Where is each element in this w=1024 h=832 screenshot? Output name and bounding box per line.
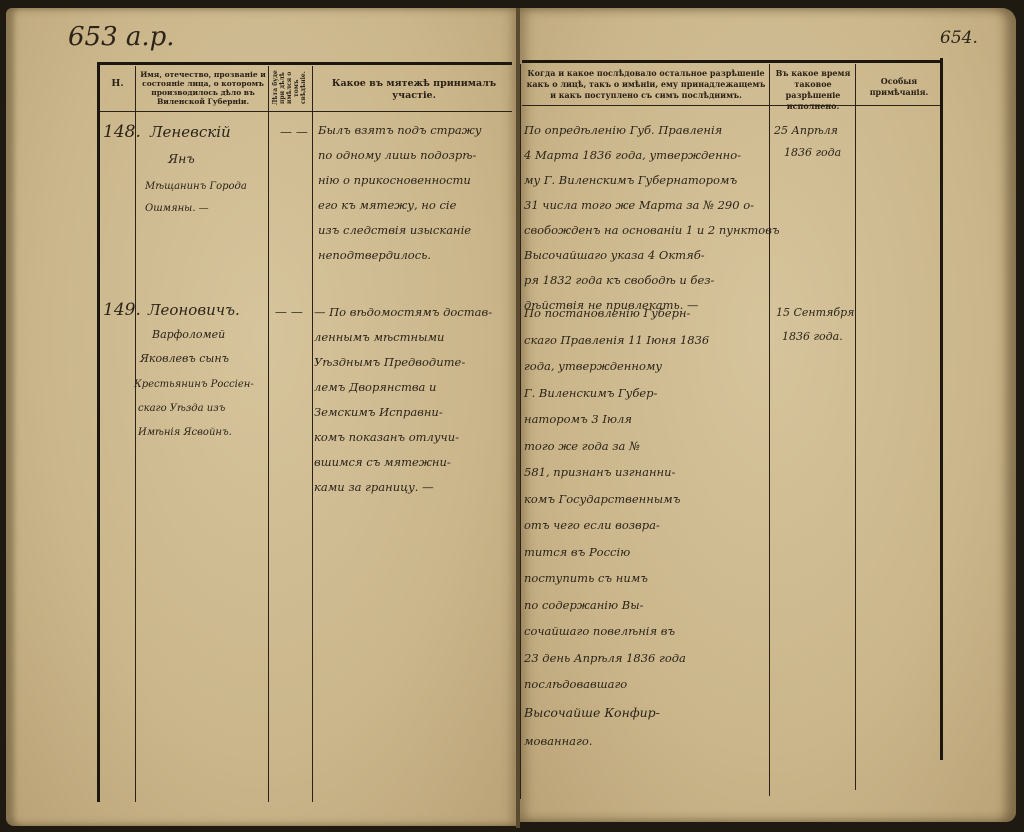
text-line: му Г. Виленскимъ Губернаторомъ xyxy=(524,168,780,193)
col-divider xyxy=(268,66,269,802)
col-divider xyxy=(312,66,313,802)
text-line: мованнаго. xyxy=(524,728,709,755)
header-person: Имя, отечество, прозваніе и состояніе ли… xyxy=(140,70,266,106)
entry-number: 149. xyxy=(103,298,141,323)
text-line: вшимся съ мятежни- xyxy=(314,450,492,475)
col-divider xyxy=(520,64,521,799)
resolution-text: По опредѣленію Губ. Правленія 4 Марта 18… xyxy=(524,118,780,318)
right-table-top-rule xyxy=(522,60,942,63)
text-line: сочайшаго повелѣнія въ xyxy=(524,618,709,645)
person-line: Леневскій xyxy=(150,120,231,145)
years-value: — — xyxy=(280,120,308,145)
right-page-number: 654. xyxy=(940,28,978,48)
text-line: Высочайше Конфир- xyxy=(524,698,709,728)
text-line: 581, признанъ изгнанни- xyxy=(524,459,709,486)
text-line: 23 день Апрѣля 1836 года xyxy=(524,645,709,672)
col-divider xyxy=(135,66,136,802)
text-line: по содержанію Вы- xyxy=(524,592,709,619)
right-header-bottom-rule xyxy=(522,105,940,106)
text-line: по одному лишь подозрѣ- xyxy=(318,143,482,168)
text-line: послѣдовавшаго xyxy=(524,671,709,698)
text-line: комъ показанъ отлучи- xyxy=(314,425,492,450)
text-line: По опредѣленію Губ. Правленія xyxy=(524,118,780,143)
text-line: комъ Государственнымъ xyxy=(524,486,709,513)
years-value: — — xyxy=(275,300,303,325)
header-executed: Въ какое время таковое разрѣшеніе исполн… xyxy=(772,68,854,112)
text-line: того же года за № xyxy=(524,433,709,460)
executed-date: 15 Сентября xyxy=(776,300,854,325)
left-header-bottom-rule xyxy=(100,111,512,112)
text-line: 31 числа того же Марта за № 290 о- xyxy=(524,193,780,218)
text-line: тится въ Россію xyxy=(524,539,709,566)
text-line: — По вѣдомостямъ достав- xyxy=(314,300,492,325)
participation-text: Былъ взятъ подъ стражу по одному лишь по… xyxy=(318,118,482,268)
person-line: Янъ xyxy=(168,146,195,171)
text-line: свобожденъ на основаніи 1 и 2 пунктовъ xyxy=(524,218,780,243)
text-line: Высочайшаго указа 4 Октяб- xyxy=(524,243,780,268)
col-divider xyxy=(855,64,856,790)
text-line: ками за границу. — xyxy=(314,475,492,500)
executed-date: 1836 года xyxy=(784,140,841,165)
text-line: наторомъ 3 Іюля xyxy=(524,406,709,433)
text-line: лемъ Дворянства и xyxy=(314,375,492,400)
text-line: ря 1832 года къ свободѣ и без- xyxy=(524,268,780,293)
text-line: леннымъ мѣстными xyxy=(314,325,492,350)
participation-text: — По вѣдомостямъ достав- леннымъ мѣстным… xyxy=(314,300,492,500)
header-years: Лѣта буде при дѣлѣ имѣлся о томъ свѣдѣні… xyxy=(272,66,310,110)
text-line: нію о прикосновенности xyxy=(318,168,482,193)
entry-number: 148. xyxy=(103,120,141,145)
text-line: Уѣзднымъ Предводите- xyxy=(314,350,492,375)
text-line: По постановленію Губерн- xyxy=(524,300,709,327)
left-page-number: 653 а.р. xyxy=(68,22,175,52)
person-line: Варфоломей xyxy=(152,322,225,347)
text-line: неподтвердилось. xyxy=(318,243,482,268)
text-line: изъ следствія изысканіе xyxy=(318,218,482,243)
header-participation: Какое въ мятежѣ принималъ участіе. xyxy=(316,78,512,102)
person-line: Ошмяны. — xyxy=(145,196,209,221)
header-notes: Особыя примѣчанія. xyxy=(858,76,940,98)
right-table-outer-border xyxy=(940,58,943,760)
text-line: Былъ взятъ подъ стражу xyxy=(318,118,482,143)
text-line: скаго Правленія 11 Іюня 1836 xyxy=(524,327,709,354)
text-line: поступить съ нимъ xyxy=(524,565,709,592)
text-line: Г. Виленскимъ Губер- xyxy=(524,380,709,407)
resolution-text: По постановленію Губерн- скаго Правленія… xyxy=(524,300,709,754)
header-number: Н. xyxy=(100,78,135,90)
person-line: Леоновичъ. xyxy=(148,298,240,323)
executed-date: 1836 года. xyxy=(782,324,843,349)
text-line: 4 Марта 1836 года, утвержденно- xyxy=(524,143,780,168)
left-table-outer-border xyxy=(97,62,100,802)
left-table-top-rule xyxy=(100,62,512,65)
text-line: года, утвержденному xyxy=(524,353,709,380)
person-line: Яковлевъ сынъ xyxy=(140,346,229,371)
person-line: Крестьянинъ Россіен- xyxy=(134,372,254,397)
text-line: его къ мятежу, но сіе xyxy=(318,193,482,218)
text-line: Земскимъ Исправни- xyxy=(314,400,492,425)
text-line: отъ чего если возвра- xyxy=(524,512,709,539)
person-line: скаго Уѣзда изъ xyxy=(138,396,225,421)
header-resolution: Когда и какое послѣдовало остальное разр… xyxy=(524,68,768,101)
person-line: Имѣнія Ясвойнъ. xyxy=(138,420,232,445)
